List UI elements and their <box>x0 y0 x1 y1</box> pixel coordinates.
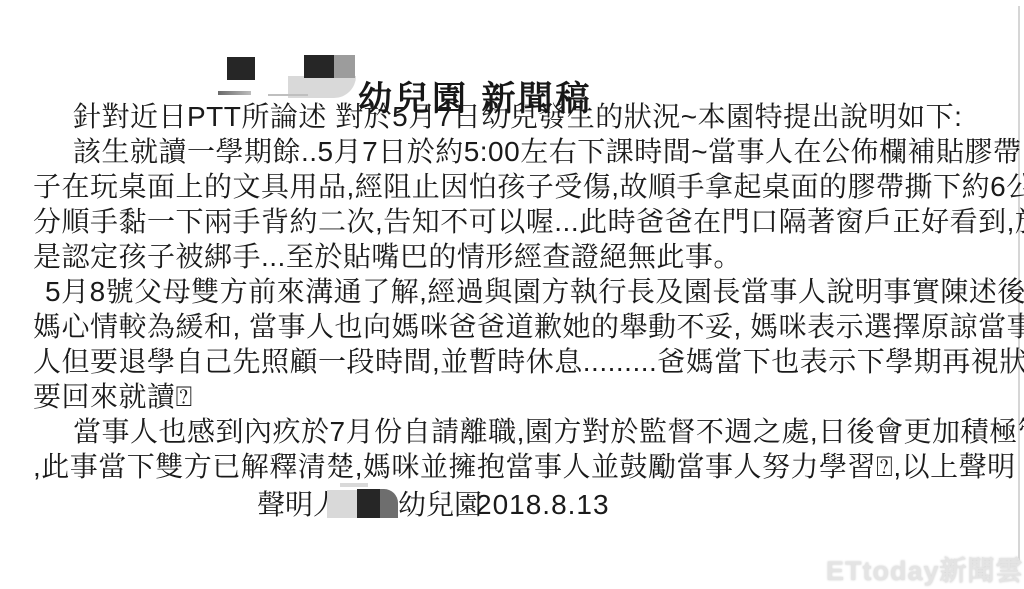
signature-row: 聲明人 幼兒園 2018.8.13 <box>0 489 1024 523</box>
redaction-smudge <box>340 483 368 487</box>
text-line-11: ,此事當下雙方已解釋清楚,媽咪並擁抱當事人並鼓勵當事人努力學習⍰,以上聲明 <box>33 449 998 484</box>
document-body: 針對近日PTT所論述 對於5月7日幼兒發生的狀況~本園特提出說明如下:該生就讀一… <box>33 99 998 484</box>
text-line-5: 是認定孩子被綁手...至於貼嘴巴的情形經查證絕無此事。 <box>33 239 998 274</box>
redaction-block <box>304 55 334 78</box>
redaction-block <box>380 489 398 518</box>
text-line-7: 媽心情較為緩和, 當事人也向媽咪爸爸道歉她的舉動不妥, 媽咪表示選擇原諒當事 <box>33 309 998 344</box>
title-row: 幼兒園 新聞稿 <box>0 48 1024 94</box>
signatory-organization: 幼兒園 <box>398 489 482 521</box>
redaction-block <box>357 489 381 518</box>
redaction-block <box>227 57 255 80</box>
text-line-3: 子在玩桌面上的文具用品,經阻止因怕孩子受傷,故順手拿起桌面的膠帶撕下約6公 <box>33 169 998 204</box>
text-line-1: 針對近日PTT所論述 對於5月7日幼兒發生的狀況~本園特提出說明如下: <box>33 99 998 134</box>
text-line-8: 人但要退學自己先照顧一段時間,並暫時休息.........爸媽當下也表示下學期再… <box>33 344 998 379</box>
press-release-document: 幼兒園 新聞稿 針對近日PTT所論述 對於5月7日幼兒發生的狀況~本園特提出說明… <box>0 0 1024 589</box>
redaction-underline <box>268 94 308 96</box>
text-line-10: 當事人也感到內疚於7月份自請離職,園方對於監督不週之處,日後會更加積極管理 <box>33 414 998 449</box>
text-line-6: 5月8號父母雙方前來溝通了解,經過與園方執行長及園長當事人說明事實陳述後媽 <box>33 274 998 309</box>
text-line-2: 該生就讀一學期餘..5月7日於約5:00左右下課時間~當事人在公佈欄補貼膠帶,孩 <box>33 134 998 169</box>
redaction-block <box>327 490 358 518</box>
text-line-9: 要回來就讀⍰ <box>33 379 998 414</box>
signature-date: 2018.8.13 <box>476 489 610 521</box>
ettoday-watermark: ETtoday新聞雲 <box>826 549 1024 588</box>
redaction-block <box>334 55 355 78</box>
redaction-underline <box>218 91 251 95</box>
text-line-4: 分順手黏一下兩手背約二次,告知不可以喔...此時爸爸在門口隔著窗戶正好看到,於 <box>33 204 998 239</box>
